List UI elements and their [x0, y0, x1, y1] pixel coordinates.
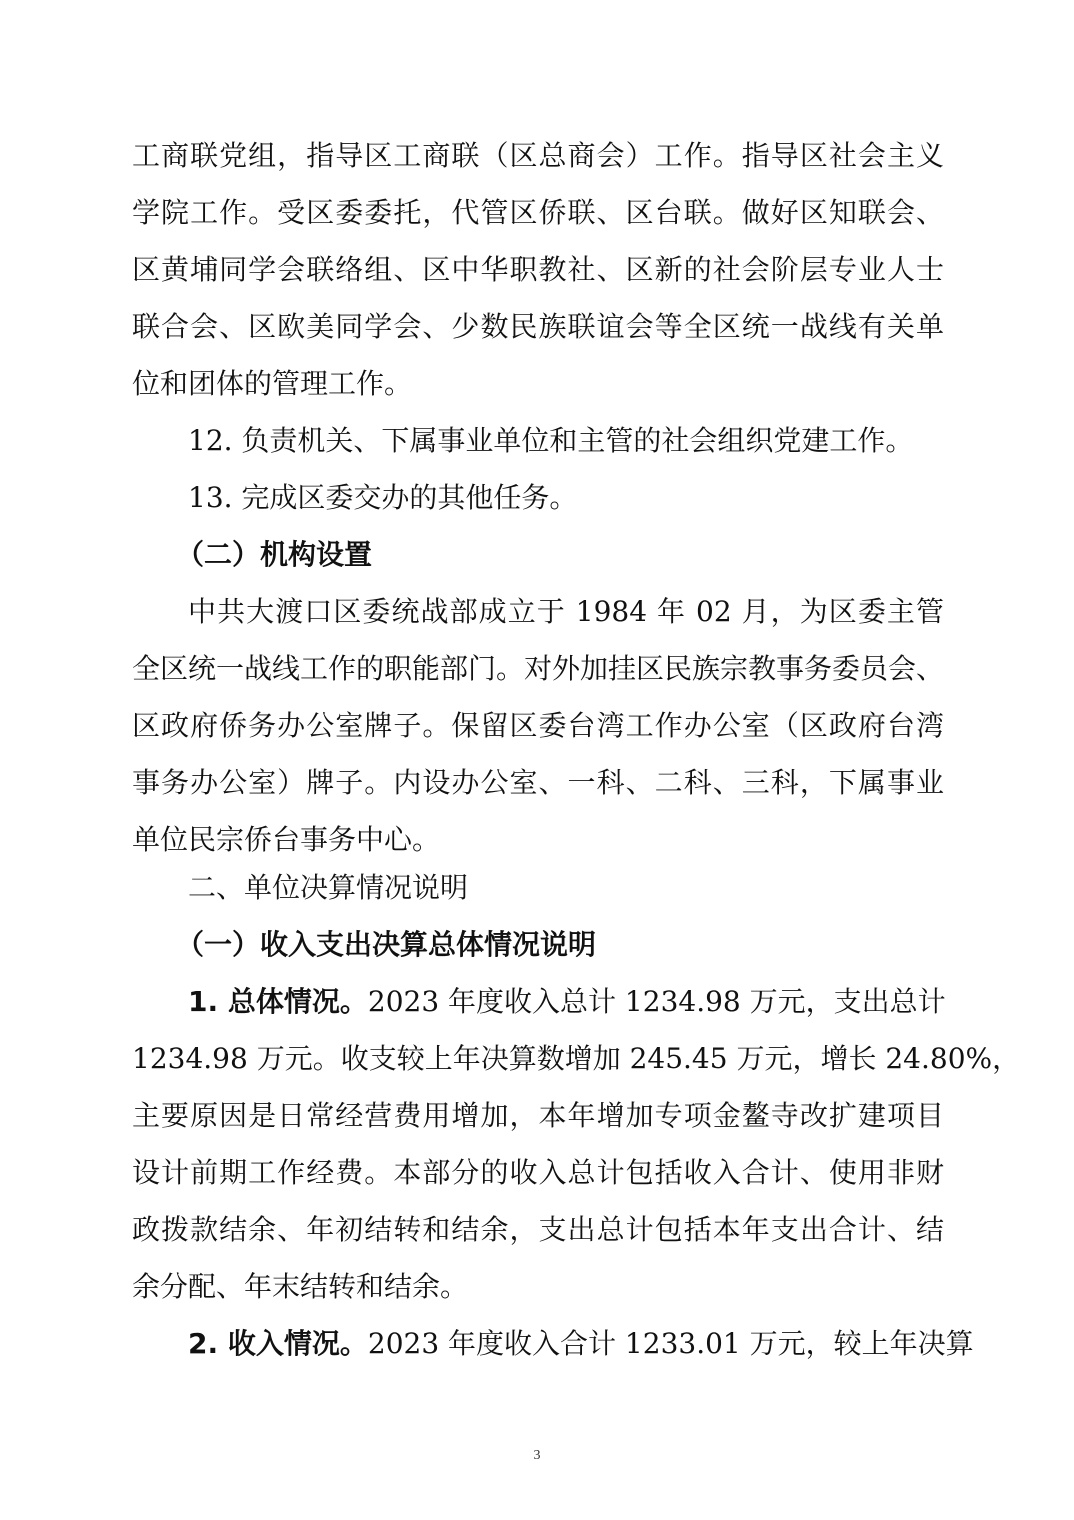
list-item-13: 13. 完成区委交办的其他任务。 — [188, 478, 944, 518]
chapter-heading: 二、单位决算情况说明 — [188, 868, 1000, 908]
page-number: 3 — [0, 1448, 1074, 1464]
body-text-line: 区黄埔同学会联络组、区中华职教社、区新的社会阶层专业人士 — [132, 250, 944, 290]
body-text-line: 位和团体的管理工作。 — [132, 364, 944, 404]
document-page: 工商联党组，指导区工商联（区总商会）工作。指导区社会主义 学院工作。受区委委托，… — [0, 0, 1074, 1520]
body-text-line: 学院工作。受区委委托，代管区侨联、区台联。做好区知联会、 — [132, 193, 944, 233]
section-heading-org-structure: （二）机构设置 — [176, 535, 988, 575]
paragraph-text: 2023 年度收入合计 1233.01 万元，较上年决算 — [368, 1327, 974, 1360]
paragraph-overall: 1. 总体情况。2023 年度收入总计 1234.98 万元，支出总计 — [188, 982, 944, 1022]
body-text-line: 政拨款结余、年初结转和结余，支出总计包括本年支出合计、结 — [132, 1210, 944, 1250]
paragraph-income: 2. 收入情况。2023 年度收入合计 1233.01 万元，较上年决算 — [188, 1324, 944, 1364]
subsection-heading: （一）收入支出决算总体情况说明 — [176, 925, 988, 965]
body-text-line: 联合会、区欧美同学会、少数民族联谊会等全区统一战线有关单 — [132, 307, 944, 347]
body-text-line: 事务办公室）牌子。内设办公室、一科、二科、三科，下属事业 — [132, 763, 944, 803]
paragraph-lead: 2. 收入情况。 — [188, 1327, 368, 1360]
list-item-12: 12. 负责机关、下属事业单位和主管的社会组织党建工作。 — [188, 421, 944, 461]
body-text-line: 区政府侨务办公室牌子。保留区委台湾工作办公室（区政府台湾 — [132, 706, 944, 746]
body-text-line: 中共大渡口区委统战部成立于 1984 年 02 月，为区委主管 — [188, 592, 944, 632]
paragraph-text: 2023 年度收入总计 1234.98 万元，支出总计 — [368, 985, 946, 1018]
body-text-line: 1234.98 万元。收支较上年决算数增加 245.45 万元，增长 24.80… — [132, 1039, 944, 1079]
body-text-line: 单位民宗侨台事务中心。 — [132, 820, 944, 860]
body-text-line: 主要原因是日常经营费用增加，本年增加专项金鳌寺改扩建项目 — [132, 1096, 944, 1136]
body-text-line: 全区统一战线工作的职能部门。对外加挂区民族宗教事务委员会、 — [132, 649, 944, 689]
body-text-line: 设计前期工作经费。本部分的收入总计包括收入合计、使用非财 — [132, 1153, 944, 1193]
body-text-line: 余分配、年末结转和结余。 — [132, 1267, 944, 1307]
body-text-line: 工商联党组，指导区工商联（区总商会）工作。指导区社会主义 — [132, 136, 944, 176]
paragraph-lead: 1. 总体情况。 — [188, 985, 368, 1018]
